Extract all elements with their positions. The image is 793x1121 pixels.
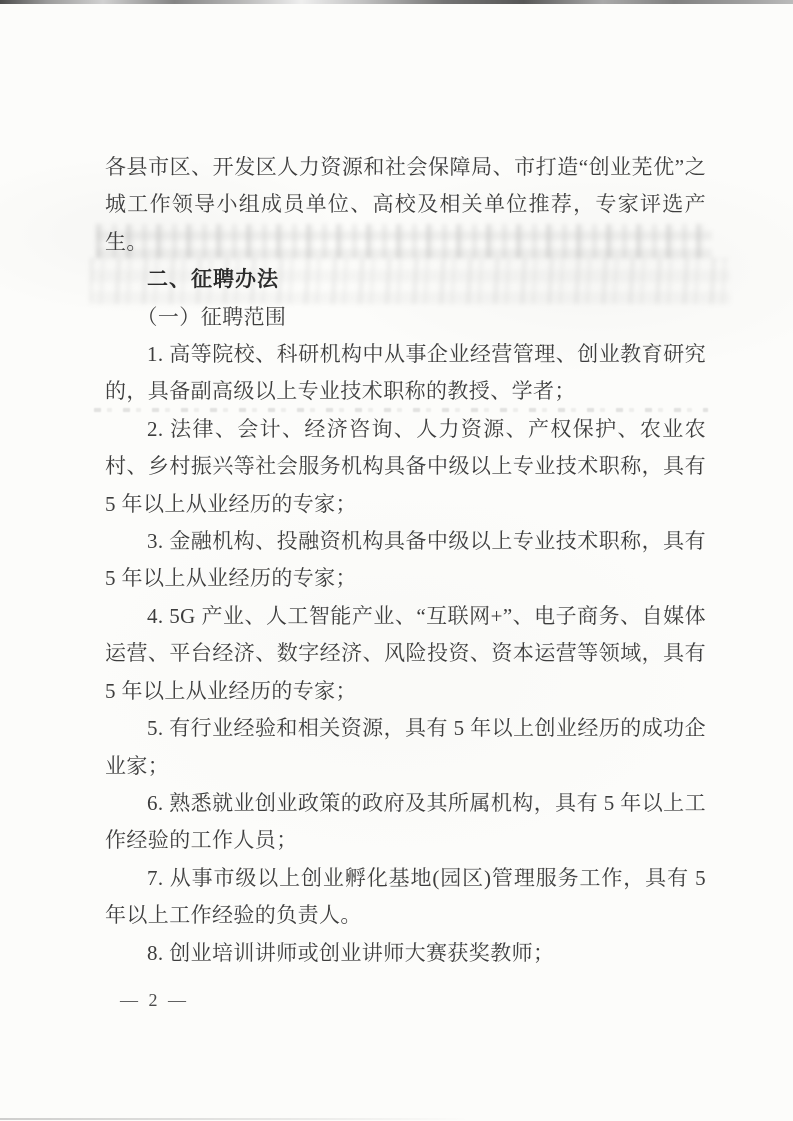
subsection-heading: （一）征聘范围 bbox=[105, 299, 706, 336]
list-item-3: 3. 金融机构、投融资机构具备中级以上专业技术职称，具有 5 年以上从业经历的专… bbox=[105, 523, 706, 598]
list-item-8: 8. 创业培训讲师或创业讲师大赛获奖教师； bbox=[105, 935, 706, 972]
intro-paragraph: 各县市区、开发区人力资源和社会保障局、市打造“创业芜优”之城工作领导小组成员单位… bbox=[105, 149, 706, 261]
document-page: 各县市区、开发区人力资源和社会保障局、市打造“创业芜优”之城工作领导小组成员单位… bbox=[0, 0, 793, 1121]
scan-artifact-bottom-edge bbox=[0, 1118, 470, 1120]
list-item-7: 7. 从事市级以上创业孵化基地(园区)管理服务工作，具有 5 年以上工作经验的负… bbox=[105, 860, 706, 935]
page-content: 各县市区、开发区人力资源和社会保障局、市打造“创业芜优”之城工作领导小组成员单位… bbox=[0, 0, 793, 972]
list-item-2: 2. 法律、会计、经济咨询、人力资源、产权保护、农业农村、乡村振兴等社会服务机构… bbox=[105, 411, 706, 523]
section-heading: 二、征聘办法 bbox=[105, 261, 706, 298]
list-item-5: 5. 有行业经验和相关资源，具有 5 年以上创业经历的成功企业家； bbox=[105, 710, 706, 785]
list-item-4: 4. 5G 产业、人工智能产业、“互联网+”、电子商务、自媒体运营、平台经济、数… bbox=[105, 598, 706, 710]
list-item-6: 6. 熟悉就业创业政策的政府及其所属机构，具有 5 年以上工作经验的工作人员； bbox=[105, 785, 706, 860]
list-item-1: 1. 高等院校、科研机构中从事企业经营管理、创业教育研究的，具备副高级以上专业技… bbox=[105, 336, 706, 411]
page-number: — 2 — bbox=[120, 990, 189, 1011]
